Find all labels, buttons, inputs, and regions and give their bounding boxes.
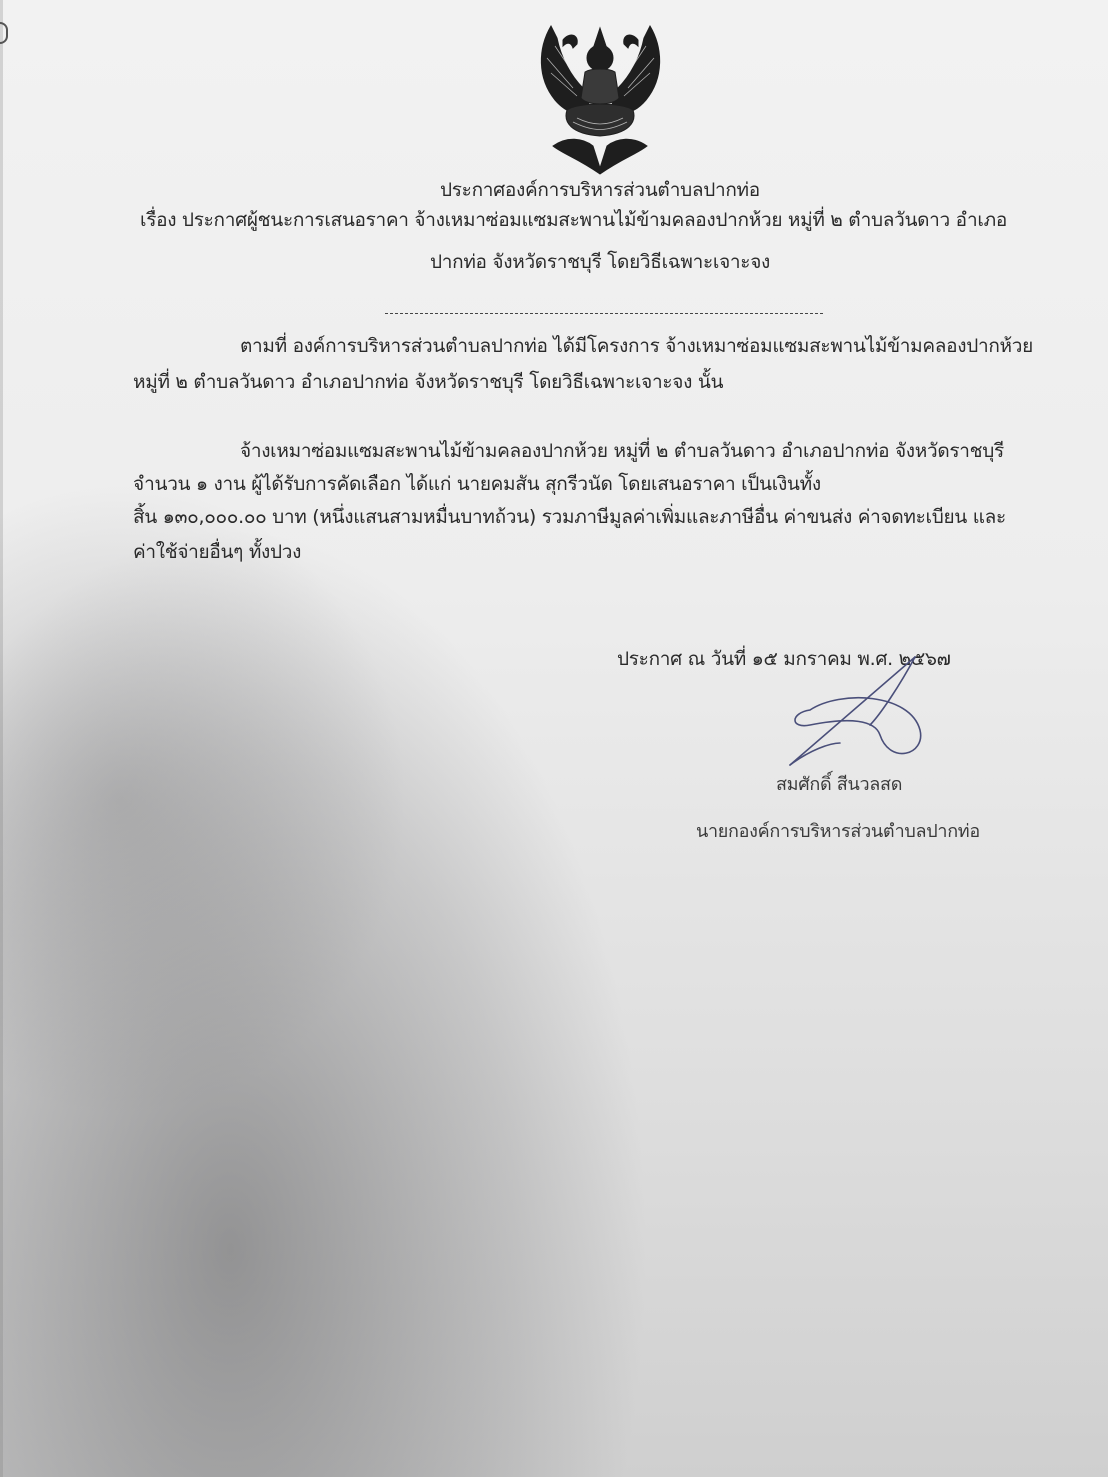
- paragraph-2-line: จ้างเหมาซ่อมแซมสะพานไม้ข้ามคลองปากห้วย ห…: [240, 442, 1004, 461]
- paragraph-2-line: จำนวน ๑ งาน ผู้ได้รับการคัดเลือก ได้แก่ …: [133, 475, 821, 494]
- signer-name: สมศักดิ์ สีนวลสด: [776, 776, 902, 794]
- edge-mark: [0, 22, 8, 44]
- header-organization: ประกาศองค์การบริหารส่วนตำบลปากท่อ: [440, 181, 760, 200]
- divider: [385, 313, 823, 314]
- paragraph-2-line: ค่าใช้จ่ายอื่นๆ ทั้งปวง: [133, 543, 301, 562]
- garuda-emblem-icon: [533, 18, 668, 178]
- signer-title: นายกองค์การบริหารส่วนตำบลปากท่อ: [696, 823, 980, 841]
- paragraph-1-line: ตามที่ องค์การบริหารส่วนตำบลปากท่อ ได้มี…: [240, 337, 1033, 356]
- page-edge: [0, 0, 3, 1477]
- paragraph-1-line: หมู่ที่ ๒ ตำบลวันดาว อำเภอปากท่อ จังหวัด…: [133, 373, 723, 392]
- subject-line-1: เรื่อง ประกาศผู้ชนะการเสนอราคา จ้างเหมาซ…: [140, 211, 1007, 230]
- document-page: ประกาศองค์การบริหารส่วนตำบลปากท่อ เรื่อง…: [0, 0, 1108, 1477]
- paragraph-2-line: สิ้น ๑๓๐,๐๐๐.๐๐ บาท (หนึ่งแสนสามหมื่นบาท…: [133, 508, 1006, 527]
- subject-line-2: ปากท่อ จังหวัดราชบุรี โดยวิธีเฉพาะเจาะจง: [430, 253, 770, 272]
- signature-icon: [770, 655, 930, 775]
